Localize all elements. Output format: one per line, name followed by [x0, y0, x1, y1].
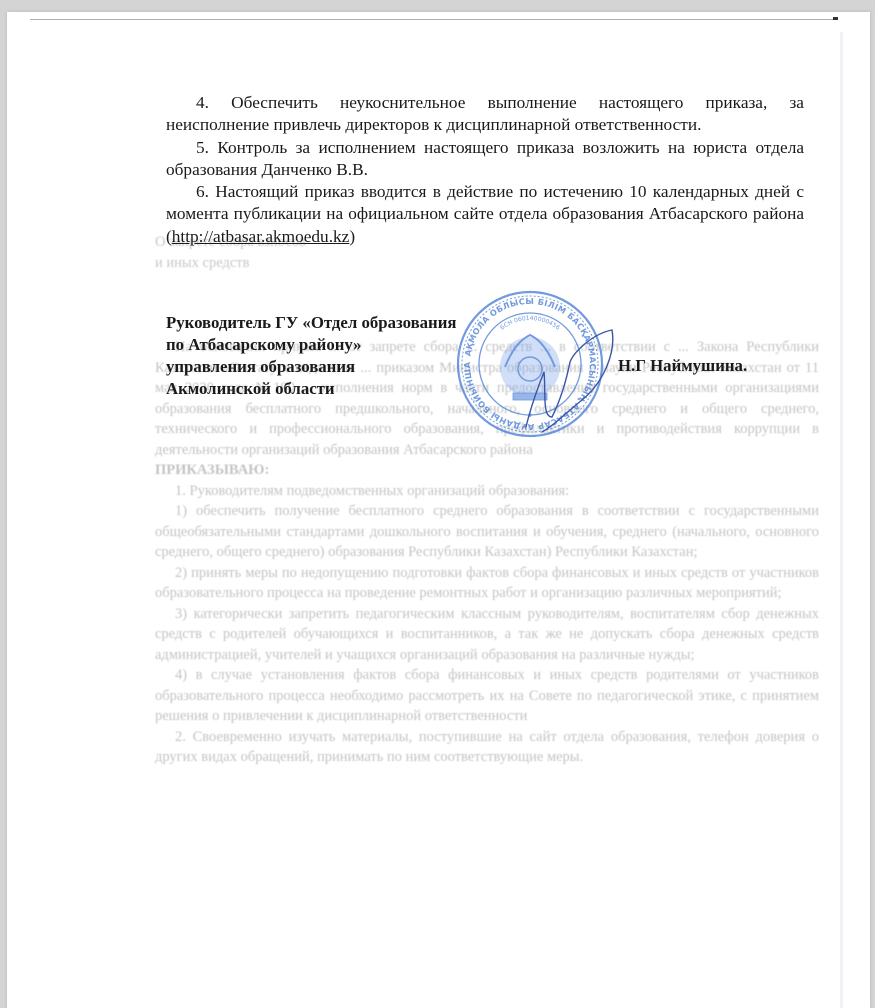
bleed-paragraph: 3) категорически запретить педагогически… — [155, 604, 819, 666]
item-number: 4. — [196, 93, 209, 112]
item-suffix: ) — [349, 227, 355, 246]
scan-mark — [833, 17, 838, 20]
order-item-5: 5. Контроль за исполнением настоящего пр… — [166, 137, 804, 182]
bleed-paragraph: 2. Своевременно изучать материалы, посту… — [155, 727, 819, 768]
order-item-4: 4. Обеспечить неукоснительное выполнение… — [166, 92, 804, 137]
item-text: Контроль за исполнением настоящего прика… — [166, 138, 804, 179]
item-number: 6. — [196, 182, 209, 201]
bleed-paragraph: 1) обеспечить получение бесплатного сред… — [155, 501, 819, 563]
document-page: О запрете сбора взносов и иных средств Н… — [7, 12, 870, 1008]
order-item-6: 6. Настоящий приказ вводится в действие … — [166, 181, 804, 248]
bleed-order-word: ПРИКАЗЫВАЮ: — [155, 460, 819, 481]
signature-icon — [512, 322, 632, 442]
signatory-title-line-1: Руководитель ГУ «Отдел образования — [166, 312, 496, 334]
bleed-paragraph: 2) принять меры по недопущению подготовк… — [155, 563, 819, 604]
signatory-title-line-4: Акмолинской области — [166, 378, 496, 400]
signatory-block: Руководитель ГУ «Отдел образования по Ат… — [166, 312, 496, 400]
bleed-paragraph: 4) в случае установления фактов сбора фи… — [155, 665, 819, 727]
order-items: 4. Обеспечить неукоснительное выполнение… — [166, 92, 804, 248]
bleed-paragraph: 1. Руководителям подведомственных органи… — [155, 481, 819, 502]
signatory-title-line-3: управления образования — [166, 356, 496, 378]
signatory-title-line-2: по Атбасарскому району» — [166, 334, 496, 356]
item-text: Обеспечить неукоснительное выполнение на… — [166, 93, 804, 134]
scan-top-rule — [30, 19, 836, 20]
bleed-title-line-2: и иных средств — [155, 255, 249, 271]
scan-side-shadow — [840, 32, 843, 1008]
website-link[interactable]: http://atbasar.akmoedu.kz — [172, 227, 350, 246]
signatory-name: Н.Г Наймушина. — [618, 356, 747, 376]
item-number: 5. — [196, 138, 209, 157]
